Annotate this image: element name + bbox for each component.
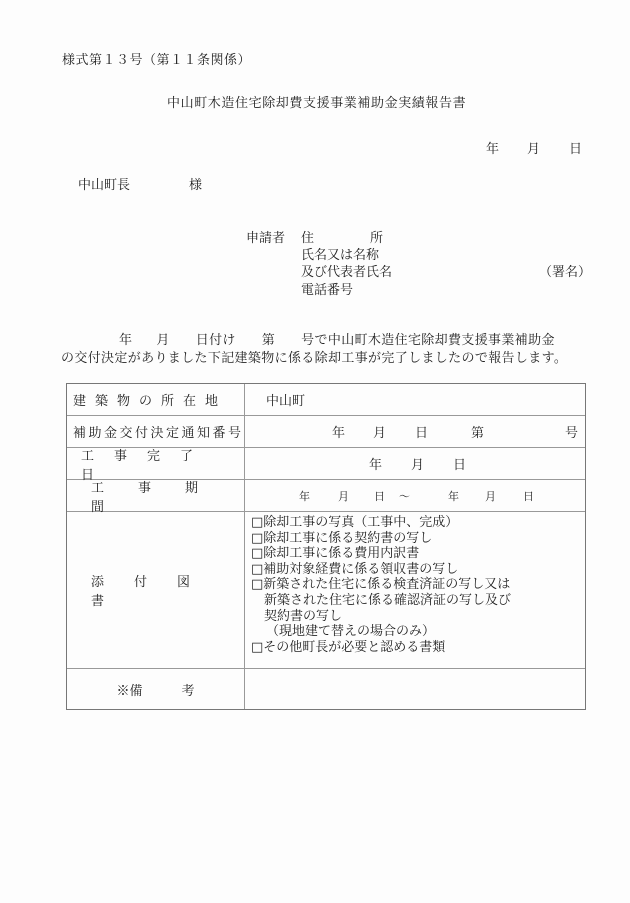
table-row-attachments: 添付図書 □除却工事の写真（工事中、完成） □除却工事に係る契約書の写し □除却…	[67, 512, 585, 669]
table-row-construction-period: 工事期間 年 月 日 ～ 年 月 日	[67, 480, 585, 512]
attachment-item-photos[interactable]: □除却工事の写真（工事中、完成）	[251, 515, 511, 531]
form-number: 様式第１３号（第１１条関係）	[62, 53, 251, 69]
period-start-month: 月	[338, 488, 349, 504]
recipient-name: 中山町長	[78, 178, 130, 194]
applicant-phone-label: 電話番号	[301, 283, 353, 299]
label-remarks: ※備 考	[67, 669, 245, 709]
completion-day: 日	[453, 454, 466, 473]
body-year: 年	[119, 333, 132, 348]
table-row-remarks: ※備 考	[67, 669, 585, 709]
notice-month: 月	[373, 422, 386, 441]
attachment-item-rebuild-note: （現地建て替えの場合のみ）	[251, 624, 511, 640]
attachment-item-inspection-cert-cont-2: 契約書の写し	[251, 609, 511, 625]
applicant-representative-label: 及び代表者氏名	[301, 265, 392, 281]
body-number-prefix: 第	[262, 333, 275, 348]
notice-no: 第	[471, 422, 484, 441]
table-row-notice-number: 補助金交付決定通知番号 年 月 日 第 号	[67, 416, 585, 448]
table-row-completion-date: 工事完了日 年 月 日	[67, 448, 585, 480]
notice-year: 年	[332, 422, 345, 441]
notice-go: 号	[565, 422, 578, 441]
attachment-item-other[interactable]: □その他町長が必要と認める書類	[251, 640, 511, 656]
value-completion-date[interactable]: 年 月 日	[245, 448, 585, 479]
notice-day: 日	[415, 422, 428, 441]
table-row-location: 建築物の所在地 中山町	[67, 384, 585, 416]
applicant-address-label: 住	[301, 231, 314, 247]
body-line1-rest: 号で中山町木造住宅除却費支援事業補助金	[301, 333, 555, 348]
label-attachments: 添付図書	[67, 512, 245, 668]
date-year-label: 年	[486, 142, 499, 158]
body-day: 日付け	[196, 333, 236, 348]
date-day-label: 日	[569, 142, 582, 158]
attachment-item-inspection-cert-cont: 新築された住宅に係る確認済証の写し及び	[251, 593, 511, 609]
label-construction-period: 工事期間	[67, 480, 245, 511]
body-month: 月	[156, 333, 169, 348]
attachment-item-receipts[interactable]: □補助対象経費に係る領収書の写し	[251, 562, 511, 578]
period-end-year: 年	[448, 488, 459, 504]
period-start-day: 日	[374, 488, 385, 504]
label-completion-date: 工事完了日	[67, 448, 245, 479]
document-title: 中山町木造住宅除却費支援事業補助金実績報告書	[167, 96, 466, 112]
recipient-honorific: 様	[189, 178, 202, 194]
body-text-line-2: の交付決定がありました下記建築物に係る除却工事が完了しましたので報告します。	[61, 351, 567, 367]
value-remarks[interactable]	[245, 669, 585, 709]
applicant-name-label: 氏名又は名称	[301, 248, 379, 264]
period-end-day: 日	[523, 488, 534, 504]
value-notice-number[interactable]: 年 月 日 第 号	[245, 416, 585, 447]
signature-note: （署名）	[539, 265, 591, 281]
applicant-label: 申請者	[246, 231, 285, 247]
completion-month: 月	[411, 454, 424, 473]
attachment-item-contract[interactable]: □除却工事に係る契約書の写し	[251, 531, 511, 547]
body-text-line-1: 年月日付け第号で中山町木造住宅除却費支援事業補助金	[61, 333, 555, 349]
location-town: 中山町	[245, 390, 305, 409]
completion-year: 年	[369, 454, 382, 473]
period-start-year: 年	[299, 488, 310, 504]
attachment-item-inspection-cert[interactable]: □新築された住宅に係る検査済証の写し又は	[251, 577, 511, 593]
label-building-location: 建築物の所在地	[67, 384, 245, 415]
period-end-month: 月	[485, 488, 496, 504]
date-month-label: 月	[527, 142, 540, 158]
report-table: 建築物の所在地 中山町 補助金交付決定通知番号 年 月 日 第 号 工事完了日 …	[66, 383, 586, 710]
period-tilde: ～	[399, 488, 410, 504]
value-construction-period[interactable]: 年 月 日 ～ 年 月 日	[245, 480, 585, 511]
attachment-item-cost-breakdown[interactable]: □除却工事に係る費用内訳書	[251, 546, 511, 562]
value-attachments: □除却工事の写真（工事中、完成） □除却工事に係る契約書の写し □除却工事に係る…	[245, 512, 585, 668]
attachment-list: □除却工事の写真（工事中、完成） □除却工事に係る契約書の写し □除却工事に係る…	[245, 512, 511, 655]
value-building-location[interactable]: 中山町	[245, 384, 585, 415]
label-notice-number: 補助金交付決定通知番号	[67, 416, 245, 447]
applicant-address-label-2: 所	[370, 231, 383, 247]
